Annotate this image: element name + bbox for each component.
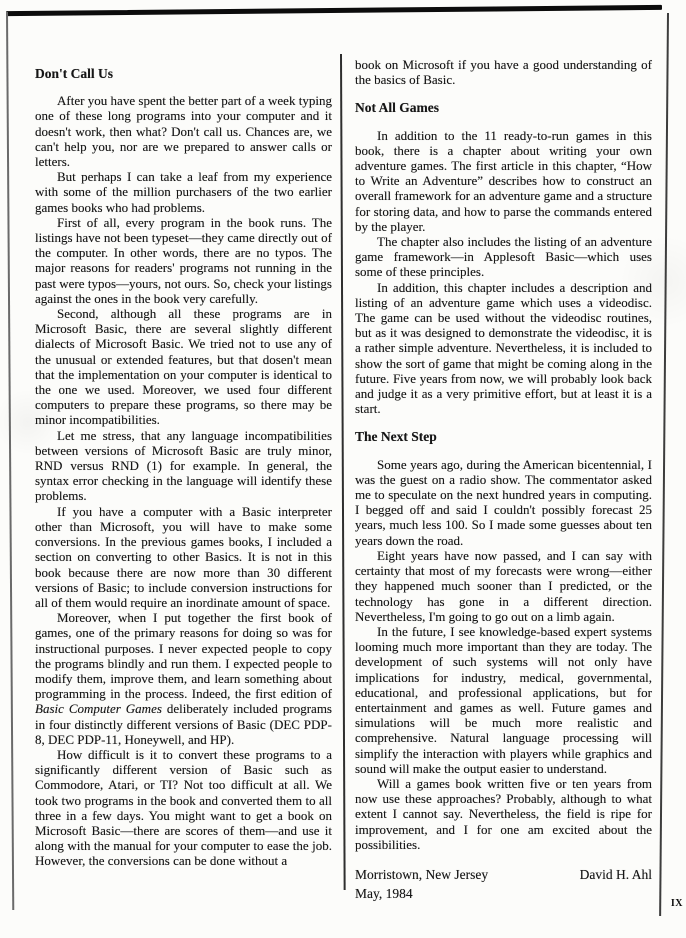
continuation-paragraph: book on Microsoft if you have a good und… [355,57,652,87]
book-page-scan: Don't Call Us After you have spent the b… [0,0,686,938]
paragraph: First of all, every program in the book … [35,215,332,306]
section-heading-the-next-step: The Next Step [355,429,652,444]
section-heading-dont-call-us: Don't Call Us [35,66,332,81]
signature-block: Morristown, New Jersey May, 1984 David H… [355,865,652,903]
page-edge-left [6,12,14,910]
paragraph: How difficult is it to convert these pro… [35,747,332,869]
paragraph: Will a games book written five or ten ye… [355,776,652,852]
paragraph: Moreover, when I put together the first … [35,610,332,747]
paragraph: Let me stress, that any language incompa… [35,428,332,504]
paragraph: But perhaps I can take a leaf from my ex… [35,169,332,215]
paragraph: Some years ago, during the American bice… [355,457,652,548]
paragraph: In addition to the 11 ready-to-run games… [355,128,652,234]
left-column: Don't Call Us After you have spent the b… [35,62,332,869]
signature-author: David H. Ahl [580,865,652,884]
paragraph: After you have spent the better part of … [35,93,332,169]
paragraph: Eight years have now passed, and I can s… [355,548,652,624]
paragraph: Second, although all these programs are … [35,306,332,428]
section-heading-not-all-games: Not All Games [355,100,652,115]
paragraph: In addition, this chapter includes a des… [355,280,652,417]
signature-date: May, 1984 [355,884,488,903]
signature-location: Morristown, New Jersey [355,865,488,884]
scan-top-edge [6,5,662,16]
signature-place-date: Morristown, New Jersey May, 1984 [355,865,488,903]
paragraph: In the future, I see knowledge-based exp… [355,624,652,776]
column-divider-rule [340,54,345,890]
right-column: book on Microsoft if you have a good und… [355,57,652,903]
book-title-italic: Basic Computer Games [35,701,162,716]
paragraph: The chapter also includes the listing of… [355,234,652,280]
page-edge-right [659,13,669,916]
paragraph-text: Moreover, when I put together the first … [35,610,332,701]
page-number: ix [671,894,683,911]
paragraph: If you have a computer with a Basic inte… [35,504,332,610]
